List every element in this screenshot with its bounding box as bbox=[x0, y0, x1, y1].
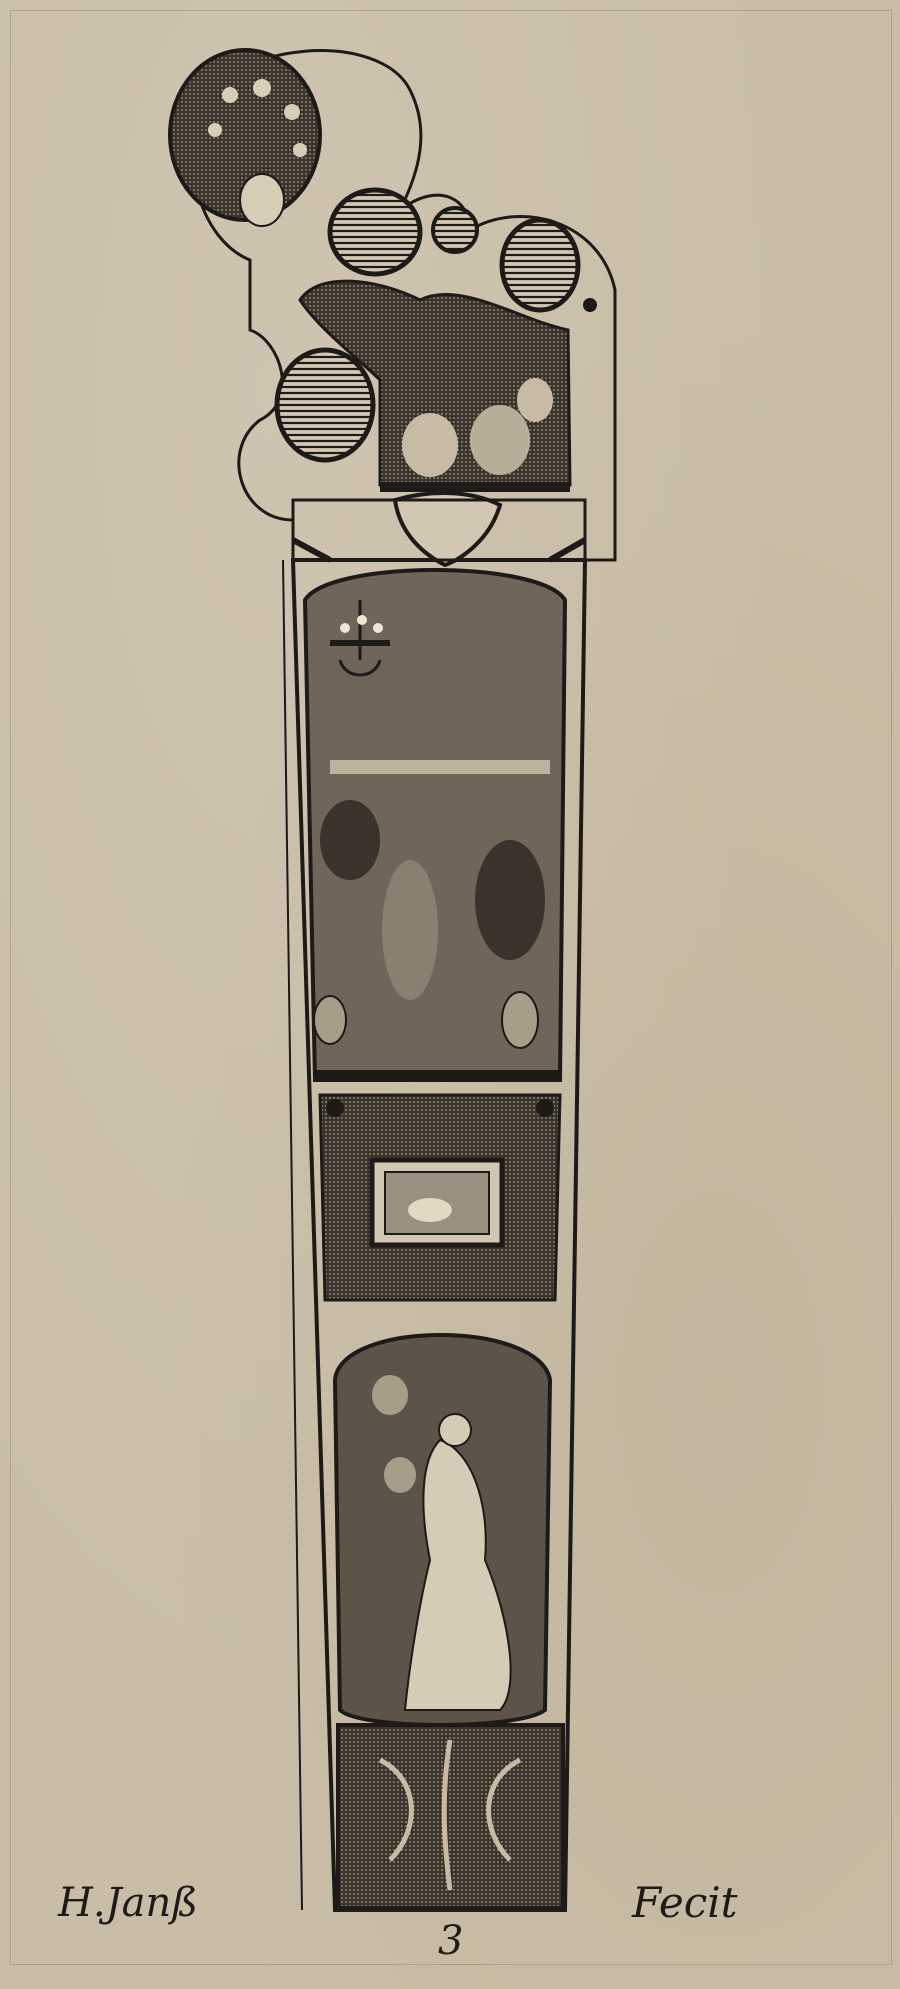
engraver-signature: H.Janß bbox=[58, 1880, 198, 1926]
plate-number: 3 bbox=[438, 1918, 463, 1964]
engraving-artwork bbox=[0, 0, 900, 1989]
fecit-inscription: Fecit bbox=[632, 1878, 738, 1927]
